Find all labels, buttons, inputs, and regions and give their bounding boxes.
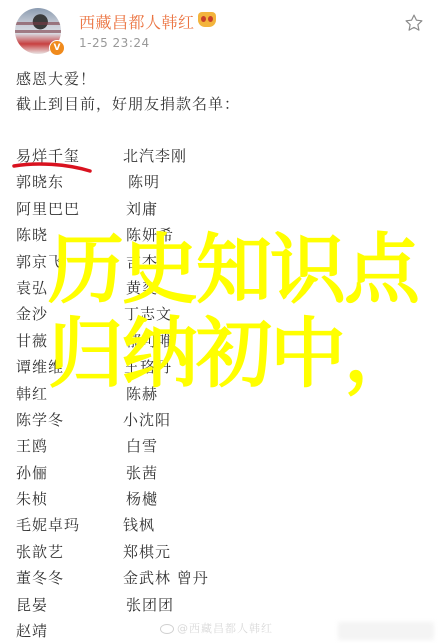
donor-name: 丁志文 xyxy=(124,301,172,327)
donor-name: 郭京飞 xyxy=(16,249,64,275)
donor-name: 毛妮卓玛 xyxy=(16,512,80,538)
donor-name: 朱桢 xyxy=(16,486,48,512)
donor-name: 袁弘 xyxy=(16,275,48,301)
donor-name: 张歆艺 xyxy=(16,539,64,565)
donor-name: 王鸥 xyxy=(16,433,48,459)
donor-row: 谭维维王珞丹 xyxy=(16,354,316,380)
donor-name: 张茜 xyxy=(126,460,158,486)
donor-row: 陈晓陈妍希 xyxy=(16,222,316,248)
post-text-line: 感恩大爱！ xyxy=(16,67,426,92)
author-name[interactable]: 西藏昌都人韩红 xyxy=(79,10,195,33)
donor-name: 黄奕 xyxy=(126,275,158,301)
donor-name: 阿里巴巴 xyxy=(16,196,80,222)
donor-name: 韩红 xyxy=(16,381,48,407)
donor-name: 北汽李刚 xyxy=(123,143,187,169)
donor-name: 吉杰 xyxy=(126,249,158,275)
weibo-icon xyxy=(160,624,174,634)
crown-icon[interactable] xyxy=(198,12,216,27)
avatar-decor xyxy=(15,22,61,25)
post-body: 感恩大爱！ 截止到目前，好朋友捐款名单： xyxy=(16,67,426,117)
donor-list: 易烊千玺北汽李刚 郭晓东陈明 阿里巴巴刘庸 陈晓陈妍希 郭京飞吉杰 袁弘黄奕 金… xyxy=(16,143,316,643)
donor-name: 甘薇 xyxy=(16,328,48,354)
donor-name: 张团团 xyxy=(126,592,174,618)
donor-row: 孙俪张茜 xyxy=(16,460,316,486)
post-text-line: 截止到目前，好朋友捐款名单： xyxy=(16,92,426,117)
donor-name: 杨樾 xyxy=(126,486,158,512)
blurred-region xyxy=(338,622,434,640)
watermark-text: @西藏昌都人韩红 xyxy=(177,622,273,635)
donor-row: 张歆艺郑棋元 xyxy=(16,539,316,565)
donor-name: 董冬冬 xyxy=(16,565,64,591)
verified-badge-icon: V xyxy=(49,40,65,56)
donor-row: 韩红陈赫 xyxy=(16,381,316,407)
donor-name: 谭维维 xyxy=(16,354,64,380)
donor-row: 毛妮卓玛钱枫 xyxy=(16,512,316,538)
donor-row: 金沙丁志文 xyxy=(16,301,316,327)
donor-name: 孙俪 xyxy=(16,460,48,486)
donor-row: 王鸥白雪 xyxy=(16,433,316,459)
donor-row: 陈学冬小沈阳 xyxy=(16,407,316,433)
watermark: @西藏昌都人韩红 xyxy=(160,620,273,636)
donor-name: 郑棋元 xyxy=(123,539,171,565)
donor-name: 白雪 xyxy=(126,433,158,459)
donor-name: 赵靖 xyxy=(16,618,48,643)
donor-row: 郭京飞吉杰 xyxy=(16,249,316,275)
donor-row: 阿里巴巴刘庸 xyxy=(16,196,316,222)
donor-name: 王珞丹 xyxy=(124,354,172,380)
post-header: V 西藏昌都人韩红 1-25 23:24 xyxy=(0,0,440,64)
donor-name: 陈赫 xyxy=(126,381,158,407)
donor-row: 昆晏张团团 xyxy=(16,592,316,618)
red-underline-annotation xyxy=(12,160,92,174)
donor-name: 金武林 曾丹 xyxy=(123,565,209,591)
donor-name: 陈明 xyxy=(128,169,160,195)
donor-name: 昆晏 xyxy=(16,592,48,618)
donor-name: 郁可唯 xyxy=(126,328,174,354)
donor-name: 小沈阳 xyxy=(123,407,171,433)
donor-name: 金沙 xyxy=(16,301,48,327)
donor-name: 陈妍希 xyxy=(126,222,174,248)
donor-name: 陈晓 xyxy=(16,222,48,248)
donor-name: 钱枫 xyxy=(123,512,155,538)
donor-row: 董冬冬金武林 曾丹 xyxy=(16,565,316,591)
avatar-decor xyxy=(15,30,61,33)
donor-row: 朱桢杨樾 xyxy=(16,486,316,512)
donor-row: 甘薇郁可唯 xyxy=(16,328,316,354)
donor-name: 刘庸 xyxy=(126,196,158,222)
donor-name: 陈学冬 xyxy=(16,407,64,433)
star-outline-icon[interactable] xyxy=(404,13,424,33)
post-timestamp: 1-25 23:24 xyxy=(79,36,150,50)
donor-row: 袁弘黄奕 xyxy=(16,275,316,301)
